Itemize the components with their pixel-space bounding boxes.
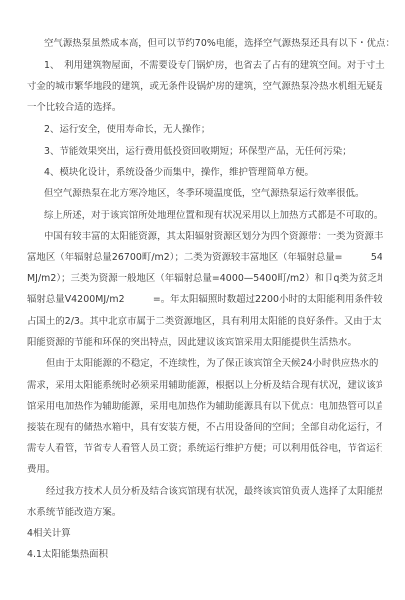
paragraph-line: 寸金的城市繁华地段的建筑，或无条件设锅炉房的建筑，空气源热泵冷热水机组无疑是 (27, 81, 382, 93)
paragraph-line: 但空气源热泵在北方寒冷地区，冬季环境温度低，空气源热泵运行效率很低。 (44, 188, 399, 200)
section-heading: 4相关计算 (27, 528, 382, 540)
paragraph-line: 阳能资源的节能和环保的突出特点，因此建议该宾馆采用太阳能提供生活热水。 (27, 337, 382, 349)
paragraph-line: 需求，采用太阳能系统时必须采用辅助能源，根据以上分析及结合现有状况，建议该宾 (27, 380, 382, 392)
paragraph-line: 接装在现有的储热水箱中，具有安装方便，不占用设备间的空间；全部自动化运行，不 (27, 422, 382, 434)
paragraph-line: 综上所述，对于该宾馆所处地理位置和现有状况采用以上加热方式都是不可取的。 (44, 210, 399, 222)
paragraph-line: MJ/m2）；三类为资源一般地区（年辐射总量=4000—5400町/m2）和卩q… (27, 273, 382, 285)
list-item-3: 3、节能效果突出，运行费用低投资回收期短；环保型产品，无任何污染； (44, 146, 399, 158)
paragraph-line: 费用。 (27, 464, 382, 476)
list-item-2: 2、运行安全，使用寿命长，无人操作； (44, 124, 399, 136)
paragraph-line: 需专人看管，节省专人看管人员工资；系统运行维护方便；可以利用低谷电，节省运行 (27, 443, 382, 455)
paragraph-line: 辐射总量V4200MJ/m2 =。年太阳辐照时数超过2200小时的太阳能利用条件… (27, 294, 382, 306)
paragraph-line: 经过我方技术人员分析及结合该宾馆现有状况，最终该宾馆负责人选择了太阳能热 (46, 486, 382, 498)
document-page: 空气源热泵虽然成本高，但可以节约70%电能，选择空气源热泵还具有以下・优点： 1… (0, 0, 405, 600)
paragraph-line: 空气源热泵虽然成本高，但可以节约70%电能，选择空气源热泵还具有以下・优点： (44, 38, 399, 50)
paragraph-line: 一个比较合适的选择。 (27, 102, 382, 114)
paragraph-line: 中国有较丰富的太阳能资源，其太阳辐射资源区划分为四个资源带：一类为资源丰 (44, 231, 399, 243)
paragraph-line: 但由于太阳能源的不稳定，不连续性，为了保正该宾馆全天候24小时供应热水的 (46, 358, 382, 370)
paragraph-line: 水系统节能改造方案。 (27, 507, 382, 519)
subsection-heading: 4.1太阳能集热面积 (27, 549, 382, 561)
paragraph-line: 占国土的2/3。其中北京市属于二类资源地区，具有利用太阳能的良好条件。又由于太 (27, 316, 382, 328)
list-item-1: 1、 利用建筑物屋面，不需要设专门锅炉房，也省去了占有的建筑空间。对于寸土 (44, 60, 399, 72)
paragraph-line: 馆采用电加热作为辅助能源，采用电加热作为辅助能源具有以下优点：电加热管可以直 (27, 401, 382, 413)
paragraph-line: 富地区（年辐射总量26700町/m2）；二类为资源较丰富地区（年辐射总量= 54… (27, 252, 382, 264)
list-item-4: 4、模块化设计，系统设备少而集中，操作，维护管理简单方便。 (44, 167, 399, 179)
